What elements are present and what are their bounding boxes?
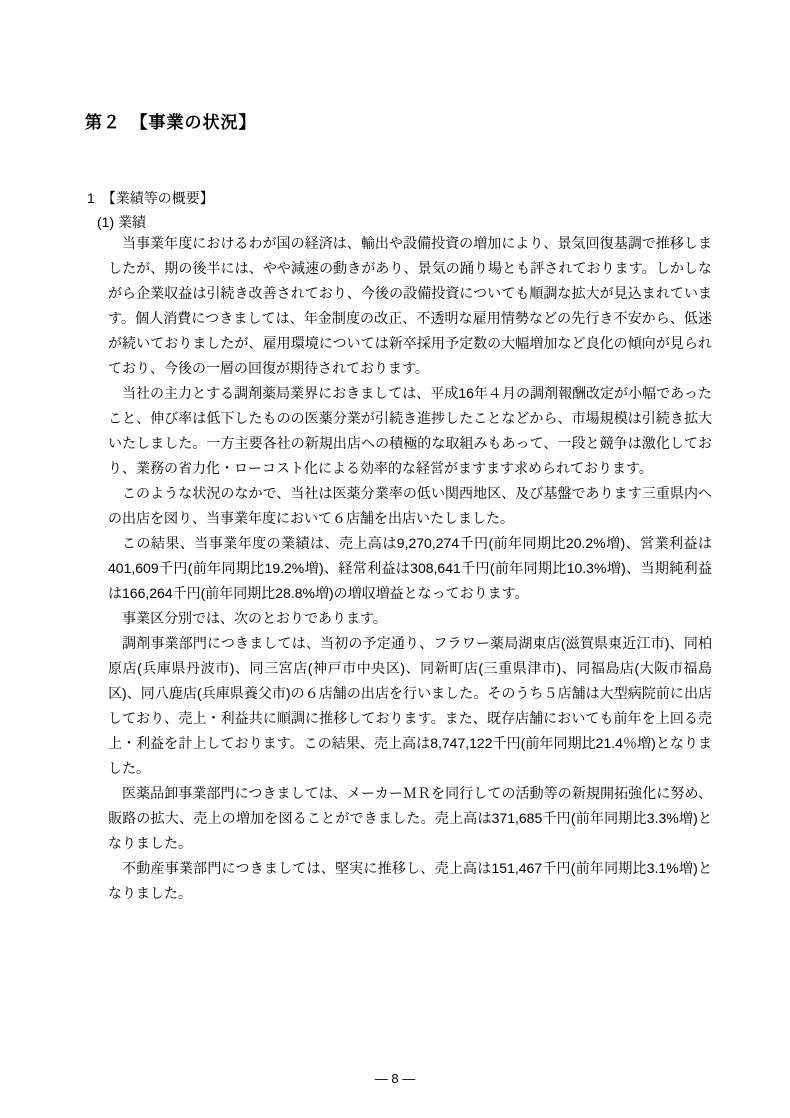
- paragraph-dispensing-segment: 調剤事業部門につきましては、当初の予定通り、フラワー薬局湖東店(滋賀県東近江市)…: [108, 631, 712, 781]
- paragraph-segment-intro: 事業区分別では、次のとおりであります。: [108, 606, 712, 631]
- paragraph-realestate-segment: 不動産事業部門につきましては、堅実に推移し、売上高は151,467千円(前年同期…: [108, 856, 712, 906]
- paragraph-economy-overview: 当事業年度におけるわが国の経済は、輸出や設備投資の増加により、景気回復基調で推移…: [108, 231, 712, 381]
- paragraph-wholesale-segment: 医薬品卸事業部門につきましては、メーカーＭＲを同行しての活動等の新規開拓強化に努…: [108, 781, 712, 856]
- paragraph-store-openings: このような状況のなかで、当社は医薬分業率の低い関西地区、及び基盤であります三重県…: [108, 481, 712, 531]
- document-title: 第２ 【事業の状況】: [85, 110, 257, 136]
- page-number: ― 8 ―: [0, 1070, 790, 1088]
- subsection-heading: (1) 業績: [97, 212, 146, 232]
- section-heading: 1 【業績等の概要】: [87, 188, 214, 208]
- body-text: 当事業年度におけるわが国の経済は、輸出や設備投資の増加により、景気回復基調で推移…: [108, 231, 712, 906]
- paragraph-financial-results: この結果、当事業年度の業績は、売上高は9,270,274千円(前年同期比20.2…: [108, 531, 712, 606]
- document-page: 第２ 【事業の状況】 1 【業績等の概要】 (1) 業績 当事業年度におけるわが…: [0, 0, 790, 1118]
- paragraph-industry-overview: 当社の主力とする調剤薬局業界におきましては、平成16年４月の調剤報酬改定が小幅で…: [108, 381, 712, 481]
